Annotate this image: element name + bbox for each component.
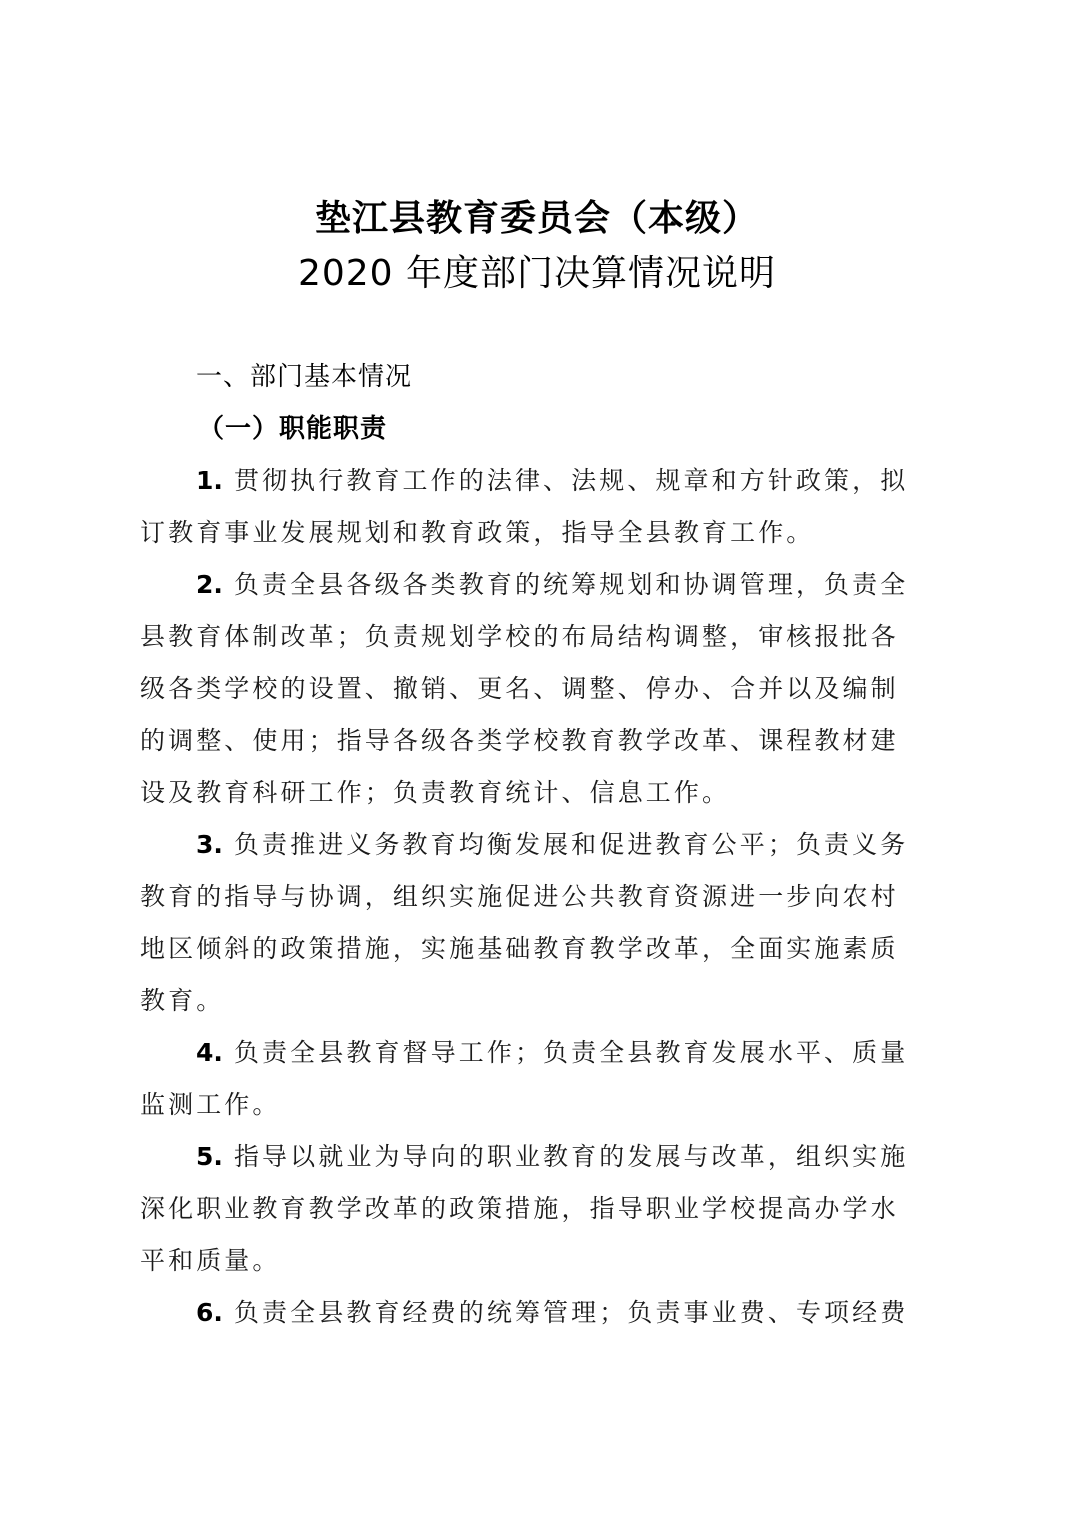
paragraph-1-line-2: 订教育事业发展规划和教育政策，指导全县教育工作。: [140, 516, 936, 550]
paragraph-2-line-5: 设及教育科研工作；负责教育统计、信息工作。: [140, 776, 936, 810]
paragraph-text: 指导以就业为导向的职业教育的发展与改革，组织实施: [234, 1142, 908, 1171]
paragraph-3-line-2: 教育的指导与协调，组织实施促进公共教育资源进一步向农村: [140, 880, 936, 914]
paragraph-3-line-3: 地区倾斜的政策措施，实施基础教育教学改革，全面实施素质: [140, 932, 936, 966]
item-number: 4.: [196, 1038, 223, 1067]
item-number: 3.: [196, 830, 223, 859]
paragraph-3-line-1: 3. 负责推进义务教育均衡发展和促进教育公平；负责义务: [196, 828, 936, 862]
paragraph-5-line-3: 平和质量。: [140, 1244, 936, 1278]
paragraph-2-line-2: 县教育体制改革；负责规划学校的布局结构调整，审核报批各: [140, 620, 936, 654]
paragraph-text: 负责全县教育督导工作；负责全县教育发展水平、质量: [234, 1038, 908, 1067]
paragraph-text: 负责全县各级各类教育的统筹规划和协调管理，负责全: [234, 570, 908, 599]
paragraph-2-line-3: 级各类学校的设置、撤销、更名、调整、停办、合并以及编制: [140, 672, 936, 706]
paragraph-3-line-4: 教育。: [140, 984, 936, 1018]
paragraph-4-line-1: 4. 负责全县教育督导工作；负责全县教育发展水平、质量: [196, 1036, 936, 1070]
paragraph-5-line-2: 深化职业教育教学改革的政策措施，指导职业学校提高办学水: [140, 1192, 936, 1226]
item-number: 1.: [196, 466, 223, 495]
paragraph-text: 负责全县教育经费的统筹管理；负责事业费、专项经费: [234, 1298, 908, 1327]
paragraph-4-line-2: 监测工作。: [140, 1088, 936, 1122]
paragraph-1-line-1: 1. 贯彻执行教育工作的法律、法规、规章和方针政策，拟: [196, 464, 936, 498]
paragraph-6-line-1: 6. 负责全县教育经费的统筹管理；负责事业费、专项经费: [196, 1296, 936, 1330]
paragraph-2-line-4: 的调整、使用；指导各级各类学校教育教学改革、课程教材建: [140, 724, 936, 758]
subsection-heading-duties: （一）职能职责: [198, 412, 387, 446]
section-heading-basic-info: 一、部门基本情况: [196, 360, 412, 394]
item-number: 2.: [196, 570, 223, 599]
paragraph-text: 贯彻执行教育工作的法律、法规、规章和方针政策，拟: [234, 466, 908, 495]
document-title-line-1: 垫江县教育委员会（本级）: [0, 196, 1074, 240]
item-number: 5.: [196, 1142, 223, 1171]
paragraph-text: 负责推进义务教育均衡发展和促进教育公平；负责义务: [234, 830, 908, 859]
item-number: 6.: [196, 1298, 223, 1327]
document-title-line-2: 2020 年度部门决算情况说明: [0, 252, 1074, 296]
document-page: 垫江县教育委员会（本级） 2020 年度部门决算情况说明 一、部门基本情况 （一…: [0, 0, 1074, 1520]
paragraph-2-line-1: 2. 负责全县各级各类教育的统筹规划和协调管理，负责全: [196, 568, 936, 602]
paragraph-5-line-1: 5. 指导以就业为导向的职业教育的发展与改革，组织实施: [196, 1140, 936, 1174]
